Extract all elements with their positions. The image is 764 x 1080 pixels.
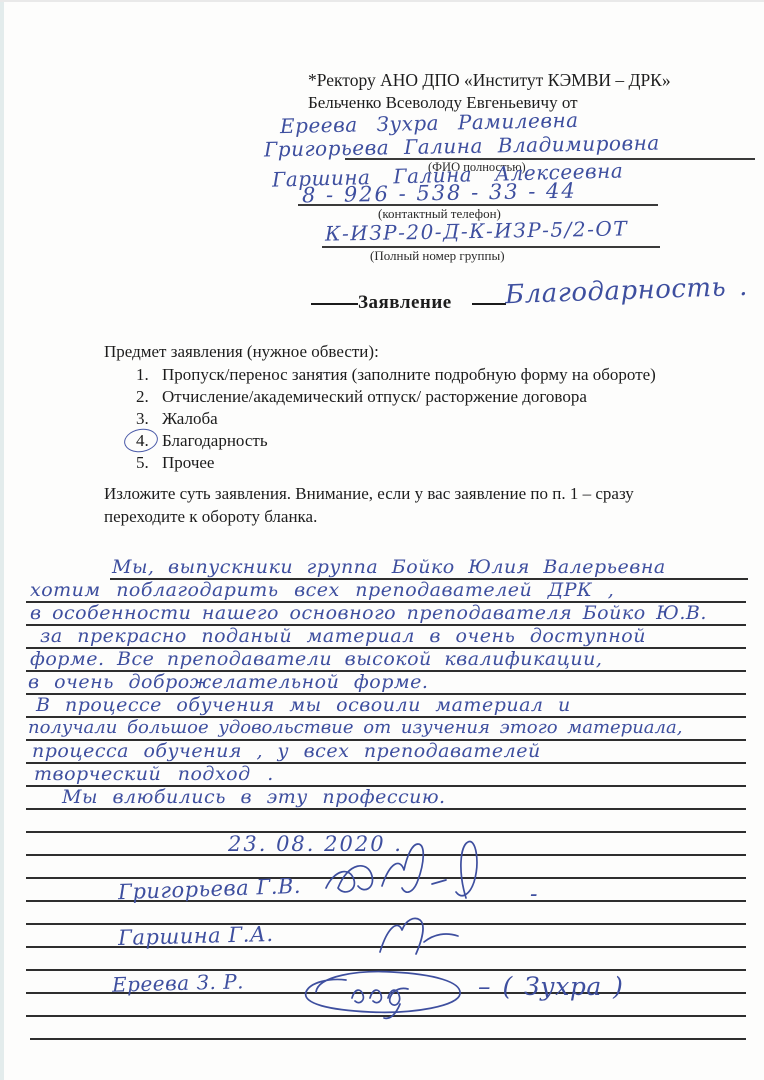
signature-scribble-2 bbox=[372, 912, 464, 958]
subject-option-5: 5. Прочее bbox=[136, 453, 214, 473]
signature-scribble-3 bbox=[282, 966, 474, 1022]
handwritten-body-line: в особенности нашего основного преподава… bbox=[30, 602, 707, 624]
option-label: Благодарность bbox=[162, 431, 268, 451]
handwritten-body-line: за прекрасно поданый материал в очень до… bbox=[40, 625, 646, 647]
handwritten-group-number: К-ИЗР-20-Д-К-ИЗР-5/2-ОТ bbox=[325, 216, 628, 245]
signature-name-2: Гаршина Г.А. bbox=[118, 922, 274, 950]
option-number: 5. bbox=[136, 453, 162, 473]
addressee-line-1: *Ректору АНО ДПО «Институт КЭМВИ – ДРК» bbox=[308, 70, 671, 91]
group-label: (Полный номер группы) bbox=[370, 248, 505, 264]
option-number: 3. bbox=[136, 409, 162, 429]
handwritten-body-line: В процессе обучения мы освоили материал … bbox=[36, 694, 571, 716]
option-label: Жалоба bbox=[162, 409, 218, 429]
handwritten-body-line: в очень доброжелательной форме. bbox=[28, 671, 428, 693]
handwritten-body-line: форме. Все преподаватели высокой квалифи… bbox=[30, 648, 602, 670]
handwritten-body-line: получали большое удовольствие от изучени… bbox=[28, 717, 682, 738]
fio-underline bbox=[345, 158, 755, 160]
handwritten-body-line: процесса обучения , у всех преподавателе… bbox=[32, 740, 541, 762]
document-title: Заявление bbox=[358, 292, 452, 314]
signature-suffix-3: – ( Зухра ) bbox=[478, 972, 623, 1001]
option-number: 1. bbox=[136, 365, 162, 385]
ruled-line bbox=[30, 1038, 746, 1040]
title-dash-left bbox=[311, 303, 358, 305]
option-label: Пропуск/перенос занятия (заполните подро… bbox=[162, 365, 656, 385]
option-label: Отчисление/академический отпуск/ расторж… bbox=[162, 387, 587, 407]
subject-option-1: 1. Пропуск/перенос занятия (заполните по… bbox=[136, 365, 656, 385]
signature-suffix-1: - bbox=[530, 882, 538, 907]
subject-option-2: 2. Отчисление/академический отпуск/ раст… bbox=[136, 387, 587, 407]
subject-prompt: Предмет заявления (нужное обвести): bbox=[104, 342, 379, 362]
option-label: Прочее bbox=[162, 453, 214, 473]
title-dash-right bbox=[472, 303, 506, 305]
scan-edge-shadow bbox=[0, 0, 4, 1080]
scanned-application-form: *Ректору АНО ДПО «Институт КЭМВИ – ДРК» … bbox=[0, 0, 764, 1080]
option-number: 2. bbox=[136, 387, 162, 407]
handwritten-body-line: хотим поблагодарить всех преподавателей … bbox=[30, 579, 614, 601]
handwritten-body-line: Мы влюбились в эту профессию. bbox=[62, 786, 446, 808]
handwritten-application-type: Благодарность . bbox=[505, 272, 749, 310]
signature-scribble-1 bbox=[320, 836, 520, 902]
ruled-line bbox=[26, 808, 746, 810]
signature-name-3: Ереева З. Р. bbox=[112, 969, 245, 996]
handwritten-body-line: Мы, выпускники группа Бойко Юлия Валерье… bbox=[112, 556, 666, 578]
instruction-line-1: Изложите суть заявления. Внимание, если … bbox=[104, 484, 634, 504]
scan-edge-shadow-top bbox=[0, 0, 764, 2]
handwritten-body-line: творческий подход . bbox=[34, 763, 274, 785]
subject-option-3: 3. Жалоба bbox=[136, 409, 218, 429]
instruction-line-2: переходите к обороту бланка. bbox=[104, 507, 317, 527]
